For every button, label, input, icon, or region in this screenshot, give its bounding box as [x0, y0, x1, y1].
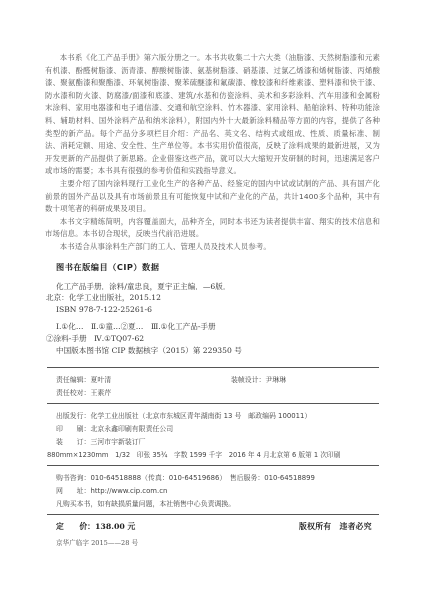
website-link[interactable]: http://www.cip.com.cn — [90, 487, 167, 495]
description-paragraph: 本书文字精练简明，内容覆盖面大，品种齐全，同时本书还为读者提供丰富、翔实的技术信… — [45, 216, 380, 241]
value: 北京永鑫印刷有限责任公司 — [90, 425, 173, 433]
value: 化学工业出版社（北京市东城区青年湖南街 13 号 邮政编码 100011） — [90, 412, 311, 420]
cip-heading: 图书在版编目（CIP）数据 — [56, 262, 159, 273]
divider — [47, 367, 379, 368]
description-paragraph: 主要介绍了国内涂料现行工业化生产的各种产品、经鉴定的国内中试或试制的产品、具有国… — [45, 178, 380, 216]
advertising-permit: 京华广临字 2015——28 号 — [56, 537, 138, 547]
value: 尹琳琳 — [265, 376, 286, 384]
label: 网 址： — [56, 487, 90, 495]
cip-publisher-line: 北京：化学工业出版社，2015.12 — [46, 292, 386, 303]
label: 印 刷： — [56, 425, 90, 433]
print-specs: 880mm×1230mm 1/32 印张 35¾ 字数 1599 千字 2016… — [47, 449, 340, 459]
cip-isbn: ISBN 978-7-122-25261-6 — [46, 304, 386, 315]
rights-notice: 版权所有 违者必究 — [299, 521, 372, 532]
price: 定 价：138.00 元 — [56, 521, 135, 532]
description-paragraph: 本书系《化工产品手册》第六版分册之一。本书共收集二十六大类（油脂漆、天然树脂漆和… — [45, 52, 380, 178]
label: 装帧设计： — [231, 376, 265, 384]
proofreader: 责任校对：王素芹 — [56, 387, 111, 397]
cip-record-number: 中国版本图书馆 CIP 数据核字（2015）第 229350 号 — [56, 345, 242, 356]
copyright-page: 本书系《化工产品手册》第六版分册之一。本书共收集二十六大类（油脂漆、天然树脂漆和… — [0, 0, 427, 600]
responsible-editor: 责任编辑：夏叶清 — [56, 374, 111, 384]
value: 王素芹 — [90, 389, 111, 397]
purchase-contact: 购书咨询：010-64518888（传真：010-64519686） 售后服务：… — [56, 472, 315, 482]
divider — [47, 403, 379, 404]
divider — [47, 514, 379, 515]
label: 责任编辑： — [56, 376, 90, 384]
label: 责任校对： — [56, 389, 90, 397]
label: 装 订： — [56, 438, 90, 446]
value: 夏叶清 — [90, 376, 111, 384]
cip-subject-line: ②涂料-手册 Ⅳ.①TQ07-62 — [46, 333, 386, 344]
book-description: 本书系《化工产品手册》第六版分册之一。本书共收集二十六大类（油脂漆、天然树脂漆和… — [45, 52, 380, 254]
cip-title-line: 化工产品手册．涂料/童忠良，夏宇正主编．—6版． — [46, 281, 386, 292]
quality-notice: 凡购买本书，如有缺损质量问题，本社销售中心负责调换。 — [56, 498, 235, 508]
divider — [47, 465, 379, 466]
value: 三河市宇新装订厂 — [90, 438, 145, 446]
cip-record: 化工产品手册．涂料/童忠良，夏宇正主编．—6版． 北京：化学工业出版社，2015… — [46, 281, 386, 344]
cip-subject-line: Ⅰ.①化… Ⅱ.①童…②夏… Ⅲ.①化工产品-手册 — [46, 321, 386, 332]
cover-designer: 装帧设计：尹琳琳 — [231, 374, 286, 384]
printer-info: 印 刷：北京永鑫印刷有限责任公司 — [56, 423, 173, 433]
website-info: 网 址：http://www.cip.com.cn — [56, 485, 167, 495]
description-paragraph: 本书适合从事涂料生产部门的工人、管理人员及技术人员参考。 — [45, 241, 380, 254]
publisher-info: 出版发行：化学工业出版社（北京市东城区青年湖南街 13 号 邮政编码 10001… — [56, 410, 311, 420]
label: 出版发行： — [56, 412, 90, 420]
binder-info: 装 订：三河市宇新装订厂 — [56, 436, 146, 446]
